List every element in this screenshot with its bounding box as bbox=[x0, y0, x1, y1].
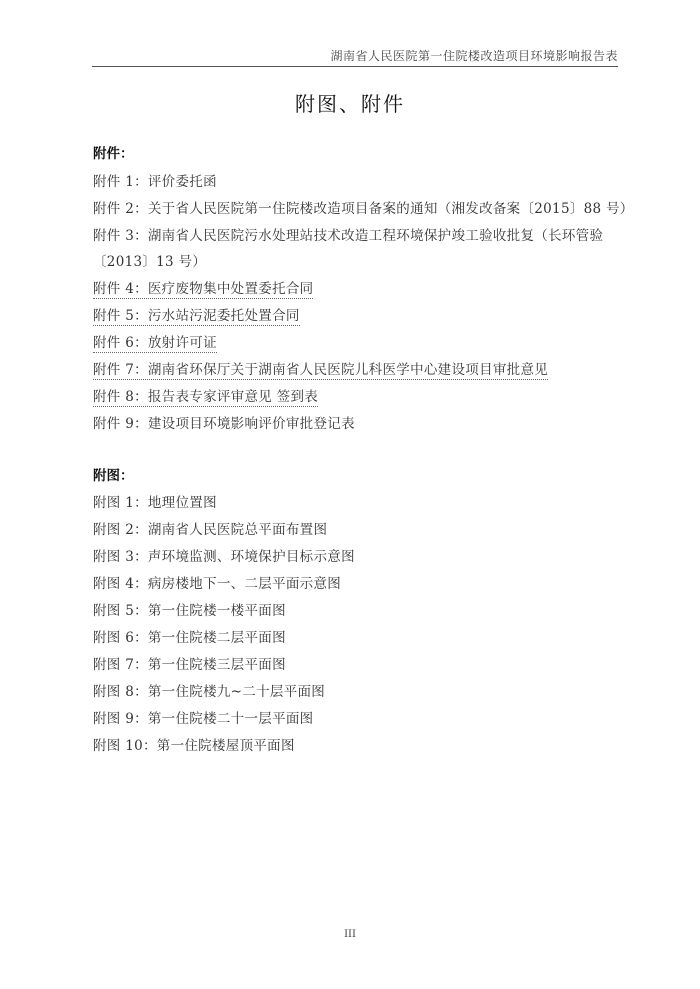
running-header-title: 湖南省人民医院第一住院楼改造项目环境影响报告表 bbox=[330, 47, 618, 64]
attachment-link[interactable]: 附件 4：医疗废物集中处置委托合同 bbox=[93, 277, 313, 299]
page-title: 附图、附件 bbox=[0, 88, 700, 117]
figure-item: 附图 8：第一住院楼九~二十层平面图 bbox=[93, 680, 325, 700]
figure-item: 附图 10：第一住院楼屋顶平面图 bbox=[93, 734, 295, 754]
figure-item: 附图 3：声环境监测、环境保护目标示意图 bbox=[93, 545, 355, 565]
page-number: III bbox=[0, 929, 700, 940]
attachment-item: 附件 2：关于省人民医院第一住院楼改造项目备案的通知（湘发改备案〔2015〕88… bbox=[93, 197, 634, 217]
figure-item: 附图 4：病房楼地下一、二层平面示意图 bbox=[93, 572, 341, 592]
attachment-item: 附件 1：评价委托函 bbox=[93, 170, 217, 190]
figures-heading: 附图： bbox=[93, 464, 134, 484]
figure-item: 附图 7：第一住院楼三层平面图 bbox=[93, 653, 286, 673]
attachments-heading: 附件： bbox=[93, 142, 134, 162]
figure-item: 附图 9：第一住院楼二十一层平面图 bbox=[93, 707, 313, 727]
figure-item: 附图 6：第一住院楼二层平面图 bbox=[93, 626, 286, 646]
header-divider bbox=[92, 66, 618, 67]
figure-item: 附图 1：地理位置图 bbox=[93, 491, 217, 511]
figure-item: 附图 5：第一住院楼一楼平面图 bbox=[93, 599, 286, 619]
attachment-link[interactable]: 附件 6：放射许可证 bbox=[93, 331, 217, 353]
attachment-item-continuation: 〔2013〕13 号） bbox=[93, 250, 206, 270]
attachment-link[interactable]: 附件 8：报告表专家评审意见 签到表 bbox=[93, 385, 318, 407]
attachment-link[interactable]: 附件 7：湖南省环保厅关于湖南省人民医院儿科医学中心建设项目审批意见 bbox=[93, 358, 548, 380]
attachment-item: 附件 3：湖南省人民医院污水处理站技术改造工程环境保护竣工验收批复（长环管验 bbox=[93, 224, 603, 244]
attachment-link[interactable]: 附件 5：污水站污泥委托处置合同 bbox=[93, 304, 300, 326]
figure-item: 附图 2：湖南省人民医院总平面布置图 bbox=[93, 518, 327, 538]
attachment-item: 附件 9：建设项目环境影响评价审批登记表 bbox=[93, 412, 355, 432]
